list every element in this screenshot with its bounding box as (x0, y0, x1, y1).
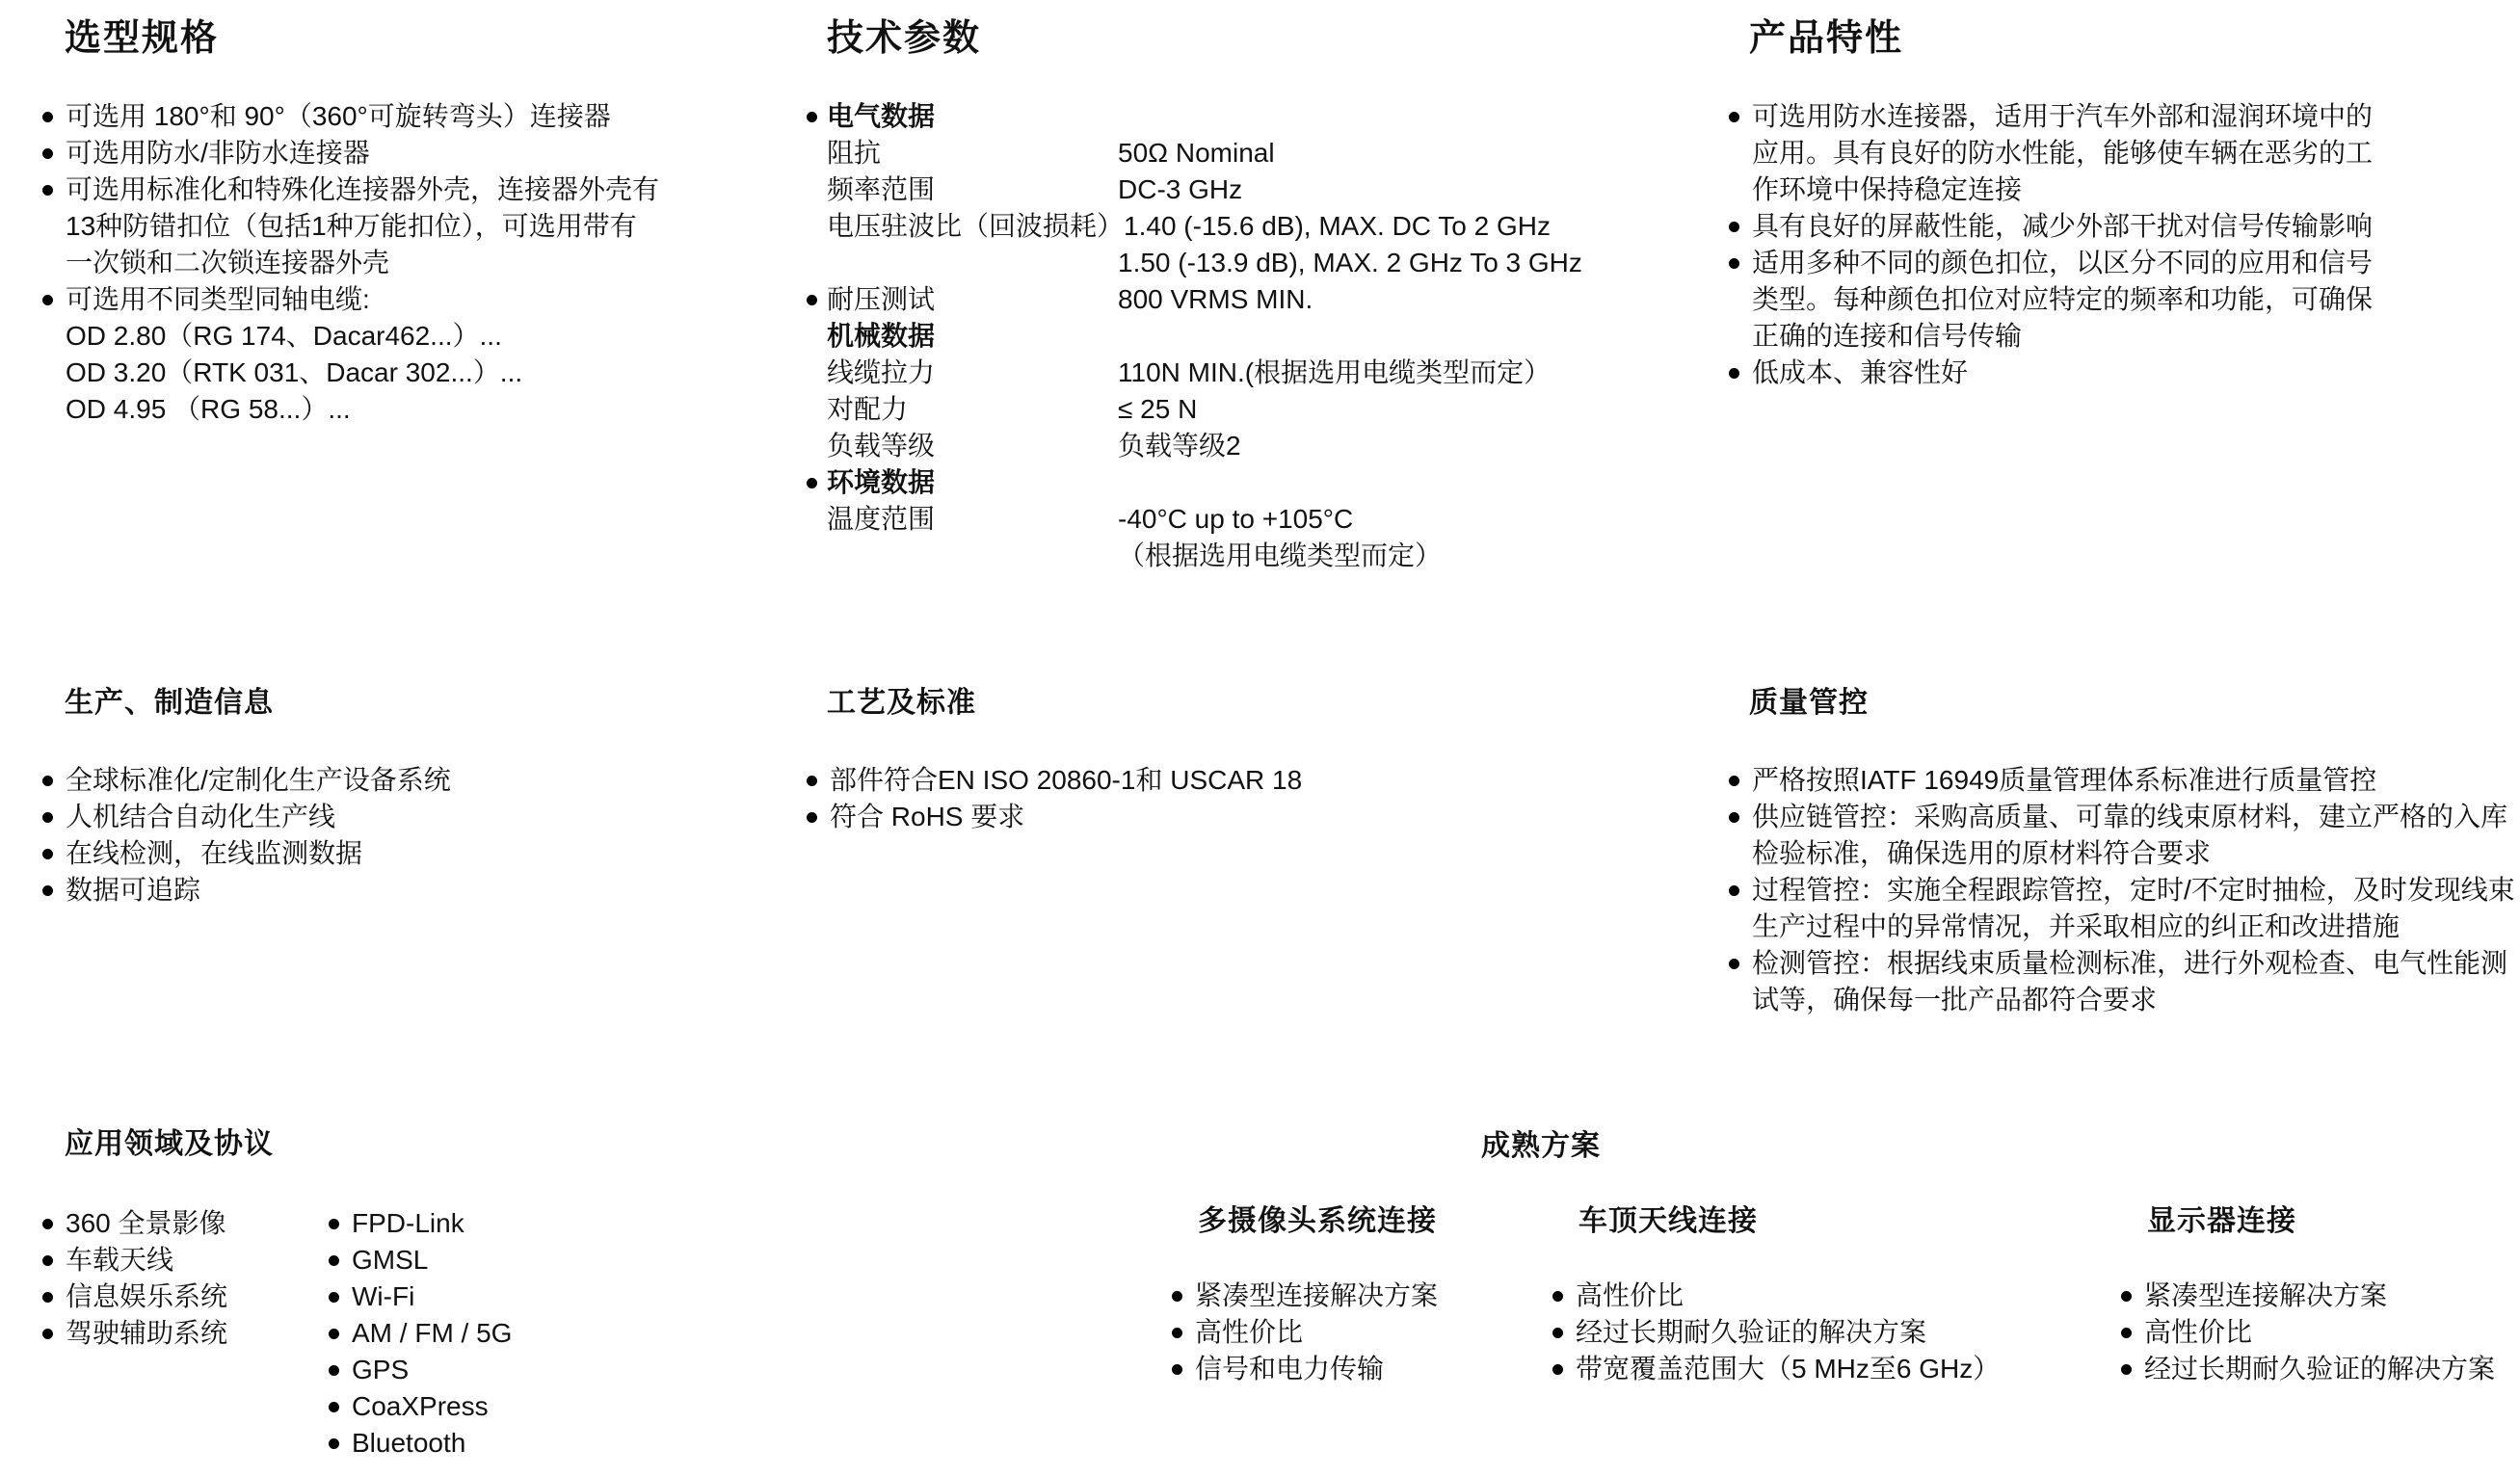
bullet-icon (1552, 1291, 1563, 1302)
tech-value: 负载等级2 (1118, 431, 1241, 461)
tech-label: 对配力 (827, 391, 1118, 428)
list-item: 带宽覆盖范围大（5 MHz至6 GHz） (1552, 1351, 2000, 1387)
section-applications-protocols: 应用领域及协议 360 全景影像车载天线信息娱乐系统驾驶辅助系统 FPD-Lin… (41, 1125, 716, 1476)
list-item-line: 紧凑型连接解决方案 (1195, 1278, 1438, 1314)
list-item-line: 高性价比 (2144, 1314, 2495, 1351)
list-item-line: 紧凑型连接解决方案 (2144, 1278, 2495, 1314)
list-item: GMSL (328, 1242, 512, 1278)
list-item: Bluetooth (328, 1425, 512, 1462)
tech-value: （根据选用电缆类型而定） (1118, 540, 1442, 570)
bullet-icon (1729, 959, 1739, 969)
tech-row: 环境数据 (806, 464, 1673, 501)
list-item-line: 可选用防水连接器，适用于汽车外部和湿润环境中的 (1752, 98, 2508, 135)
list-item-line: 高性价比 (1195, 1314, 1438, 1351)
bullet-icon (807, 295, 817, 305)
list-item-line: OD 2.80（RG 174、Dacar462...）... (66, 318, 735, 355)
list-item-line: 信号和电力传输 (1195, 1351, 1438, 1387)
bullet-icon (42, 849, 53, 859)
solution-column-multi-camera: 多摄像头系统连接 紧凑型连接解决方案高性价比信号和电力传输 (1171, 1202, 1438, 1387)
solution-column-display: 显示器连接 紧凑型连接解决方案高性价比经过长期耐久验证的解决方案 (2120, 1202, 2495, 1387)
list-item-line: 供应链管控：采购高质量、可靠的线束原材料，建立严格的入库 (1752, 799, 2520, 835)
list-item-line: GPS (352, 1352, 512, 1388)
list-item: 严格按照IATF 16949质量管理体系标准进行质量管控 (1728, 762, 2520, 799)
list-item-line: 适用多种不同的颜色扣位，以区分不同的应用和信号 (1752, 245, 2508, 281)
list-item: 过程管控：实施全程跟踪管控，定时/不定时抽检，及时发现线束生产过程中的异常情况，… (1728, 872, 2520, 945)
tech-row: 频率范围DC-3 GHz (806, 171, 1673, 208)
section-title: 选型规格 (41, 15, 735, 62)
bullet-icon (42, 148, 53, 159)
section-title: 产品特性 (1728, 15, 2508, 62)
bullet-icon (1172, 1328, 1182, 1338)
bullet-icon (807, 776, 817, 786)
tech-value: 1.50 (-13.9 dB), MAX. 2 GHz To 3 GHz (1118, 248, 1582, 277)
list-item: 检测管控：根据线束质量检测标准，进行外观检查、电气性能测试等，确保每一批产品都符… (1728, 945, 2520, 1018)
bullet-icon (42, 295, 53, 305)
list-item: 高性价比 (2120, 1314, 2495, 1351)
bullet-icon (1552, 1364, 1563, 1375)
bullet-icon (329, 1402, 339, 1412)
list-item: 紧凑型连接解决方案 (2120, 1278, 2495, 1314)
bullet-icon (1729, 368, 1739, 379)
tech-row: 电气数据 (806, 98, 1673, 135)
list-item-line: 人机结合自动化生产线 (66, 799, 735, 835)
tech-row: 耐压测试800 VRMS MIN. (806, 281, 1673, 318)
list-item: 可选用防水/非防水连接器 (41, 135, 735, 171)
bullet-icon (329, 1292, 339, 1303)
bullet-icon (329, 1255, 339, 1266)
list-item: 在线检测，在线监测数据 (41, 835, 735, 872)
list-item: 可选用防水连接器，适用于汽车外部和湿润环境中的应用。具有良好的防水性能，能够使车… (1728, 98, 2508, 208)
section-title: 成熟方案 (1171, 1127, 2520, 1166)
list-item-line: 正确的连接和信号传输 (1752, 318, 2508, 355)
list-item-line: 低成本、兼容性好 (1752, 355, 2508, 391)
list-item-line: 经过长期耐久验证的解决方案 (2144, 1351, 2495, 1387)
list-item: 经过长期耐久验证的解决方案 (1552, 1314, 2000, 1351)
section-product-features: 产品特性 可选用防水连接器，适用于汽车外部和湿润环境中的应用。具有良好的防水性能… (1728, 15, 2508, 391)
list-item-line: 数据可追踪 (66, 872, 735, 909)
list-item-line: FPD-Link (352, 1205, 512, 1242)
section-production-info: 生产、制造信息 全球标准化/定制化生产设备系统人机结合自动化生产线在线检测，在线… (41, 684, 735, 909)
list-item-line: 可选用 180°和 90°（360°可旋转弯头）连接器 (66, 98, 735, 135)
list-item: 全球标准化/定制化生产设备系统 (41, 762, 735, 799)
tech-value: 1.40 (-15.6 dB), MAX. DC To 2 GHz (1124, 211, 1551, 241)
list-item-line: 具有良好的屏蔽性能，减少外部干扰对信号传输影响 (1752, 208, 2508, 245)
bullet-icon (1729, 222, 1739, 232)
bullet-icon (1729, 885, 1739, 896)
list-item-line: 在线检测，在线监测数据 (66, 835, 735, 872)
solution-list: 高性价比经过长期耐久验证的解决方案带宽覆盖范围大（5 MHz至6 GHz） (1552, 1278, 2000, 1387)
list-item-line: 信息娱乐系统 (66, 1278, 227, 1315)
section-technical-parameters: 技术参数 电气数据阻抗50Ω Nominal频率范围DC-3 GHz电压驻波比（… (806, 15, 1673, 574)
section-title: 生产、制造信息 (41, 684, 735, 723)
tech-row: 对配力≤ 25 N (806, 391, 1673, 428)
list-item-line: 全球标准化/定制化生产设备系统 (66, 762, 735, 799)
list-item-line: 可选用不同类型同轴电缆: (66, 281, 735, 318)
tech-label: 温度范围 (827, 501, 1118, 538)
protocols-list: FPD-LinkGMSLWi-FiAM / FM / 5GGPSCoaXPres… (328, 1205, 512, 1462)
list-item-line: CoaXPress (352, 1388, 512, 1425)
list-item-line: AM / FM / 5G (352, 1315, 512, 1352)
bullet-icon (2121, 1291, 2132, 1302)
list-item: 人机结合自动化生产线 (41, 799, 735, 835)
list-item-line: 经过长期耐久验证的解决方案 (1576, 1314, 2000, 1351)
tech-row: 温度范围-40°C up to +105°C (806, 501, 1673, 538)
section-selection-specs: 选型规格 可选用 180°和 90°（360°可旋转弯头）连接器可选用防水/非防… (41, 15, 735, 428)
list-item-line: 可选用防水/非防水连接器 (66, 135, 735, 171)
tech-parameter-table: 电气数据阻抗50Ω Nominal频率范围DC-3 GHz电压驻波比（回波损耗）… (806, 98, 1673, 574)
bullet-icon (42, 812, 53, 823)
list-item: 具有良好的屏蔽性能，减少外部干扰对信号传输影响 (1728, 208, 2508, 245)
list-item: 高性价比 (1552, 1278, 2000, 1314)
section-title: 工艺及标准 (806, 684, 1654, 723)
tech-value: ≤ 25 N (1118, 394, 1197, 424)
list-item-line: 高性价比 (1576, 1278, 2000, 1314)
solution-column-roof-antenna: 车顶天线连接 高性价比经过长期耐久验证的解决方案带宽覆盖范围大（5 MHz至6 … (1552, 1202, 2000, 1387)
list-item-line: 带宽覆盖范围大（5 MHz至6 GHz） (1576, 1351, 2000, 1387)
list-item: FPD-Link (328, 1205, 512, 1242)
list-item: 符合 RoHS 要求 (806, 799, 1654, 835)
bullet-icon (42, 885, 53, 896)
section-title: 应用领域及协议 (41, 1125, 716, 1164)
list-item: 经过长期耐久验证的解决方案 (2120, 1351, 2495, 1387)
list-item: 车载天线 (41, 1242, 227, 1278)
list-item: 供应链管控：采购高质量、可靠的线束原材料，建立严格的入库检验标准，确保选用的原材… (1728, 799, 2520, 872)
bullet-icon (329, 1329, 339, 1339)
list-item: AM / FM / 5G (328, 1315, 512, 1352)
section-title: 质量管控 (1728, 684, 2520, 723)
tech-label: 耐压测试 (827, 281, 1118, 318)
bullet-icon (2121, 1328, 2132, 1338)
tech-row: （根据选用电缆类型而定） (806, 538, 1673, 574)
list-item-line: 严格按照IATF 16949质量管理体系标准进行质量管控 (1752, 762, 2520, 799)
list-item: 信息娱乐系统 (41, 1278, 227, 1315)
list-item-line: 检测管控：根据线束质量检测标准，进行外观检查、电气性能测 (1752, 945, 2520, 982)
tech-row: 电压驻波比（回波损耗）1.40 (-15.6 dB), MAX. DC To 2… (806, 208, 1673, 245)
list-item: 高性价比 (1171, 1314, 1438, 1351)
list-item-line: 试等，确保每一批产品都符合要求 (1752, 982, 2520, 1018)
tech-value: -40°C up to +105°C (1118, 504, 1353, 534)
list-item-line: 360 全景影像 (66, 1205, 227, 1242)
list-item: 信号和电力传输 (1171, 1351, 1438, 1387)
list-item: 可选用不同类型同轴电缆:OD 2.80（RG 174、Dacar462...）.… (41, 281, 735, 428)
list-item: 低成本、兼容性好 (1728, 355, 2508, 391)
bullet-icon (1552, 1328, 1563, 1338)
bullet-icon (1729, 812, 1739, 823)
list-item-line: GMSL (352, 1242, 512, 1278)
standards-list: 部件符合EN ISO 20860-1和 USCAR 18符合 RoHS 要求 (806, 762, 1654, 835)
bullet-icon (329, 1438, 339, 1449)
bullet-icon (2121, 1364, 2132, 1375)
solution-column-title: 多摄像头系统连接 (1171, 1202, 1438, 1241)
features-list: 可选用防水连接器，适用于汽车外部和湿润环境中的应用。具有良好的防水性能，能够使车… (1728, 98, 2508, 391)
bullet-icon (1729, 258, 1739, 269)
bullet-icon (1172, 1364, 1182, 1375)
list-item-line: 可选用标准化和特殊化连接器外壳，连接器外壳有 (66, 171, 735, 208)
tech-value: 110N MIN.(根据选用电缆类型而定） (1118, 357, 1551, 387)
bullet-icon (42, 776, 53, 786)
tech-label: 负载等级 (827, 428, 1118, 464)
tech-value: 50Ω Nominal (1118, 138, 1275, 168)
tech-label: 电气数据 (827, 98, 1118, 135)
tech-value: DC-3 GHz (1118, 174, 1242, 204)
section-title: 技术参数 (806, 15, 1673, 62)
section-quality-control: 质量管控 严格按照IATF 16949质量管理体系标准进行质量管控供应链管控：采… (1728, 684, 2520, 1018)
tech-label: 机械数据 (827, 318, 1118, 355)
datasheet-page: 选型规格 可选用 180°和 90°（360°可旋转弯头）连接器可选用防水/非防… (0, 0, 2520, 1476)
tech-row: 线缆拉力110N MIN.(根据选用电缆类型而定） (806, 355, 1673, 391)
list-item: 数据可追踪 (41, 872, 735, 909)
tech-label: 阻抗 (827, 135, 1118, 171)
bullet-icon (42, 1255, 53, 1266)
list-item-line: 一次锁和二次锁连接器外壳 (66, 245, 735, 281)
bullet-icon (807, 112, 817, 122)
bullet-icon (329, 1365, 339, 1376)
bullet-icon (807, 812, 817, 823)
list-item: 可选用标准化和特殊化连接器外壳，连接器外壳有13种防错扣位（包括1种万能扣位），… (41, 171, 735, 281)
list-item-line: 生产过程中的异常情况，并采取相应的纠正和改进措施 (1752, 909, 2520, 945)
bullet-icon (329, 1219, 339, 1229)
bullet-icon (42, 1329, 53, 1339)
tech-row: 负载等级负载等级2 (806, 428, 1673, 464)
list-item: Wi-Fi (328, 1278, 512, 1315)
list-item: 部件符合EN ISO 20860-1和 USCAR 18 (806, 762, 1654, 799)
list-item-line: 车载天线 (66, 1242, 227, 1278)
quality-list: 严格按照IATF 16949质量管理体系标准进行质量管控供应链管控：采购高质量、… (1728, 762, 2520, 1018)
production-list: 全球标准化/定制化生产设备系统人机结合自动化生产线在线检测，在线监测数据数据可追… (41, 762, 735, 909)
tech-row: 机械数据 (806, 318, 1673, 355)
solution-list: 紧凑型连接解决方案高性价比信号和电力传输 (1171, 1278, 1438, 1387)
list-item-line: 过程管控：实施全程跟踪管控，定时/不定时抽检，及时发现线束 (1752, 872, 2520, 909)
list-item: GPS (328, 1352, 512, 1388)
list-item-line: OD 3.20（RTK 031、Dacar 302...）... (66, 355, 735, 391)
bullet-icon (807, 478, 817, 488)
list-item-line: OD 4.95 （RG 58...）... (66, 391, 735, 428)
tech-label: 电压驻波比（回波损耗） (827, 208, 1124, 245)
list-item-line: 作环境中保持稳定连接 (1752, 171, 2508, 208)
selection-list: 可选用 180°和 90°（360°可旋转弯头）连接器可选用防水/非防水连接器可… (41, 98, 735, 428)
bullet-icon (42, 1292, 53, 1303)
section-proven-solutions: 成熟方案 多摄像头系统连接 紧凑型连接解决方案高性价比信号和电力传输 车顶天线连… (1171, 1127, 2520, 1476)
bullet-icon (42, 1219, 53, 1229)
list-item: 可选用 180°和 90°（360°可旋转弯头）连接器 (41, 98, 735, 135)
list-item: 驾驶辅助系统 (41, 1315, 227, 1352)
list-item-line: Wi-Fi (352, 1278, 512, 1315)
bullet-icon (42, 185, 53, 196)
section-process-standards: 工艺及标准 部件符合EN ISO 20860-1和 USCAR 18符合 RoH… (806, 684, 1654, 835)
list-item-line: 部件符合EN ISO 20860-1和 USCAR 18 (830, 762, 1654, 799)
list-item-line: 13种防错扣位（包括1种万能扣位），可选用带有 (66, 208, 735, 245)
list-item-line: 检验标准，确保选用的原材料符合要求 (1752, 835, 2520, 872)
solution-column-title: 显示器连接 (2120, 1202, 2495, 1241)
bullet-icon (1172, 1291, 1182, 1302)
list-item-line: 类型。每种颜色扣位对应特定的频率和功能，可确保 (1752, 281, 2508, 318)
tech-value: 800 VRMS MIN. (1118, 284, 1313, 314)
tech-row: 1.50 (-13.9 dB), MAX. 2 GHz To 3 GHz (806, 245, 1673, 281)
list-item: 紧凑型连接解决方案 (1171, 1278, 1438, 1314)
list-item: CoaXPress (328, 1388, 512, 1425)
list-item: 适用多种不同的颜色扣位，以区分不同的应用和信号类型。每种颜色扣位对应特定的频率和… (1728, 245, 2508, 355)
solution-list: 紧凑型连接解决方案高性价比经过长期耐久验证的解决方案 (2120, 1278, 2495, 1387)
list-item-line: 应用。具有良好的防水性能，能够使车辆在恶劣的工 (1752, 135, 2508, 171)
tech-label: 线缆拉力 (827, 355, 1118, 391)
list-item-line: 驾驶辅助系统 (66, 1315, 227, 1352)
tech-label: 环境数据 (827, 464, 1118, 501)
list-item-line: Bluetooth (352, 1425, 512, 1462)
bullet-icon (42, 112, 53, 122)
tech-label: 频率范围 (827, 171, 1118, 208)
bullet-icon (1729, 776, 1739, 786)
application-areas-list: 360 全景影像车载天线信息娱乐系统驾驶辅助系统 (41, 1205, 227, 1352)
list-item: 360 全景影像 (41, 1205, 227, 1242)
list-item-line: 符合 RoHS 要求 (830, 799, 1654, 835)
tech-row: 阻抗50Ω Nominal (806, 135, 1673, 171)
solution-column-title: 车顶天线连接 (1552, 1202, 2000, 1241)
bullet-icon (1729, 112, 1739, 122)
